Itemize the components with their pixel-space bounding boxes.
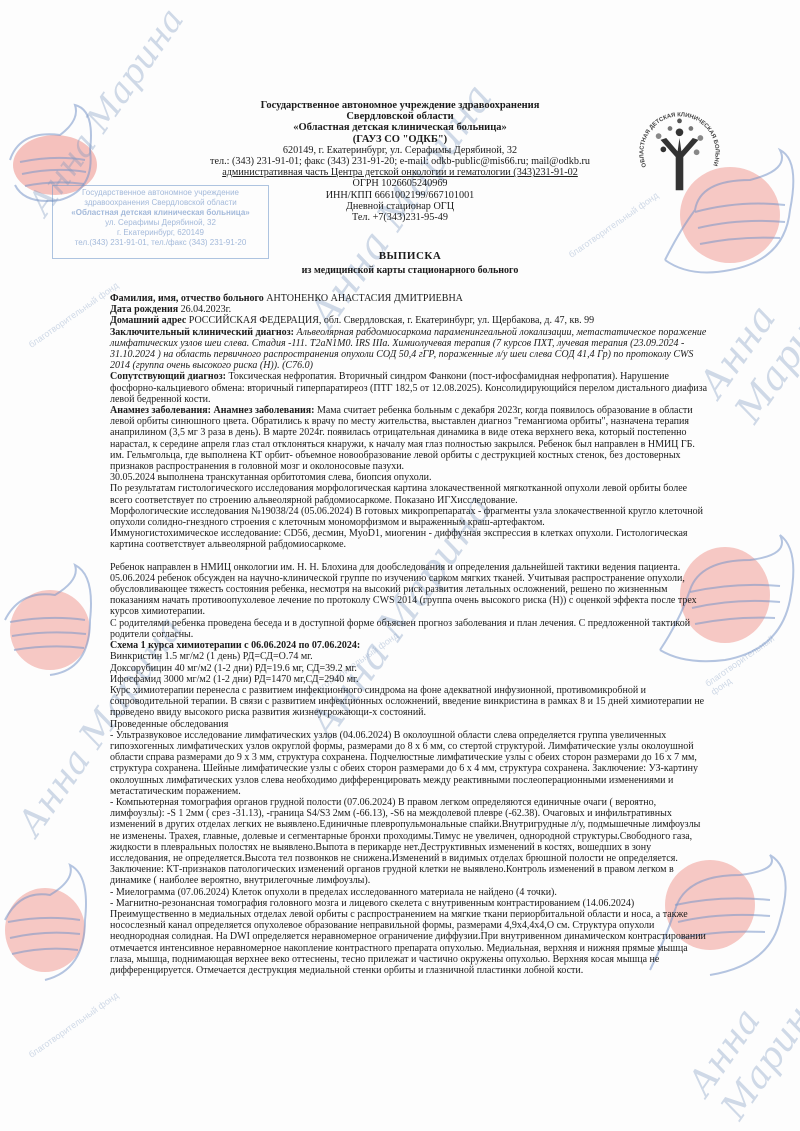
dob-row: Дата рождения 26.04.2023г.	[110, 304, 710, 315]
final-diagnosis: Заключительный клинический диагноз: Альв…	[110, 327, 710, 372]
title-sub: из медицинской карты стационарного больн…	[110, 265, 710, 276]
stamp-line: тел.(343) 231-91-01, тел./факс (343) 231…	[53, 238, 268, 248]
watermark-text: Анна Марина	[680, 957, 800, 1127]
chemo-drug: Ифосфамид 3000 мг/м2 (1-2 дни) РД=1470 м…	[110, 674, 710, 685]
patient-name: АНТОНЕНКО АНАСТАСИЯ ДМИТРИЕВНА	[266, 293, 463, 304]
institution-stamp: Государственное автономное учреждение зд…	[52, 185, 269, 259]
patient-name-label: Фамилия, имя, отчество больного	[110, 293, 264, 304]
concomitant-diagnosis-label: Сопутствующий диагноз:	[110, 371, 226, 382]
org-name-line: «Областная детская клиническая больница»	[150, 122, 650, 133]
chemo-drug: Доксорубицин 40 мг/м2 (1-2 дни) РД=19.6 …	[110, 663, 710, 674]
org-admin-line: административная часть Центра детской он…	[150, 167, 650, 178]
patient-name-row: Фамилия, имя, отчество больного АНТОНЕНК…	[110, 293, 710, 304]
anamnesis: Анамнез заболевания: Анамнез заболевания…	[110, 405, 710, 472]
referral-paragraph: Ребенок направлен в НМИЦ онкологии им. Н…	[110, 562, 710, 618]
watermark-subtext: благотворительный фонд	[27, 280, 120, 350]
document-page: Анна Марина Анна Марина Анна Марина Анна…	[0, 0, 800, 1131]
ihc-note: Иммуногистохимическое исследование: CD56…	[110, 528, 710, 550]
org-short-name: (ГАУЗ СО "ОДКБ")	[150, 134, 650, 145]
stamp-line: г. Екатеринбург, 620149	[53, 228, 268, 238]
anamnesis-label: Анамнез заболевания: Анамнез заболевания…	[110, 405, 314, 416]
stamp-line: здравоохранения Свердловской области	[53, 198, 268, 208]
concomitant-diagnosis: Сопутствующий диагноз: Токсическая нефро…	[110, 371, 710, 405]
title-main: ВЫПИСКА	[110, 250, 710, 262]
org-name-line: Свердловской области	[150, 111, 650, 122]
address-row: Домашний адрес РОССИЙСКАЯ ФЕДЕРАЦИЯ, обл…	[110, 315, 710, 326]
dob-label: Дата рождения	[110, 304, 178, 315]
address-value: РОССИЙСКАЯ ФЕДЕРАЦИЯ, обл. Свердловская,…	[189, 315, 594, 326]
morphology-note: Морфологические исследования №19038/24 (…	[110, 506, 710, 528]
chemo-heading: Схема 1 курса химиотерапии с 06.06.2024 …	[110, 640, 710, 651]
exams-heading: Проведенные обследования	[110, 719, 710, 730]
watermark-hand-heart-icon	[0, 860, 100, 1010]
biopsy-note: 30.05.2024 выполнена транскутанная орбит…	[110, 472, 710, 483]
exam-item: - Компьютерная томография органов грудно…	[110, 797, 710, 887]
org-address: 620149, г. Екатеринбург, ул. Серафимы Де…	[150, 145, 650, 156]
watermark-subtext: благотворительный фонд	[703, 623, 796, 697]
exam-item: - Магнитно-резонансная томография головн…	[110, 898, 710, 976]
exam-item: - Миелограмма (07.06.2024) Клеток опухол…	[110, 887, 710, 898]
watermark-hand-heart-icon	[0, 560, 110, 700]
parents-consent: С родителями ребенка проведена беседа и …	[110, 618, 710, 640]
org-contacts: тел.: (343) 231-91-01; факс (343) 231-91…	[150, 156, 650, 167]
chemo-course-note: Курс химиотерапии перенесла с развитием …	[110, 685, 710, 719]
stamp-line: ул. Серафимы Дерябиной, 32	[53, 218, 268, 228]
document-title: ВЫПИСКА из медицинской карты стационарно…	[110, 250, 710, 276]
stamp-line: «Областная детская клиническая больница»	[53, 208, 268, 218]
histology-note: По результатам гистологического исследов…	[110, 483, 710, 505]
org-name-line: Государственное автономное учреждение зд…	[150, 100, 650, 111]
chemo-drug: Винкристин 1.5 мг/м2 (1 день) РД=СД=О.74…	[110, 651, 710, 662]
exam-item: - Ультразвуковое исследование лимфатичес…	[110, 730, 710, 797]
address-label: Домашний адрес	[110, 315, 186, 326]
dob-value: 26.04.2023г.	[181, 304, 231, 315]
final-diagnosis-label: Заключительный клинический диагноз:	[110, 327, 294, 338]
document-body: Фамилия, имя, отчество больного АНТОНЕНК…	[110, 293, 710, 976]
watermark-subtext: благотворительный фонд	[27, 990, 120, 1060]
stamp-line: Государственное автономное учреждение	[53, 188, 268, 198]
